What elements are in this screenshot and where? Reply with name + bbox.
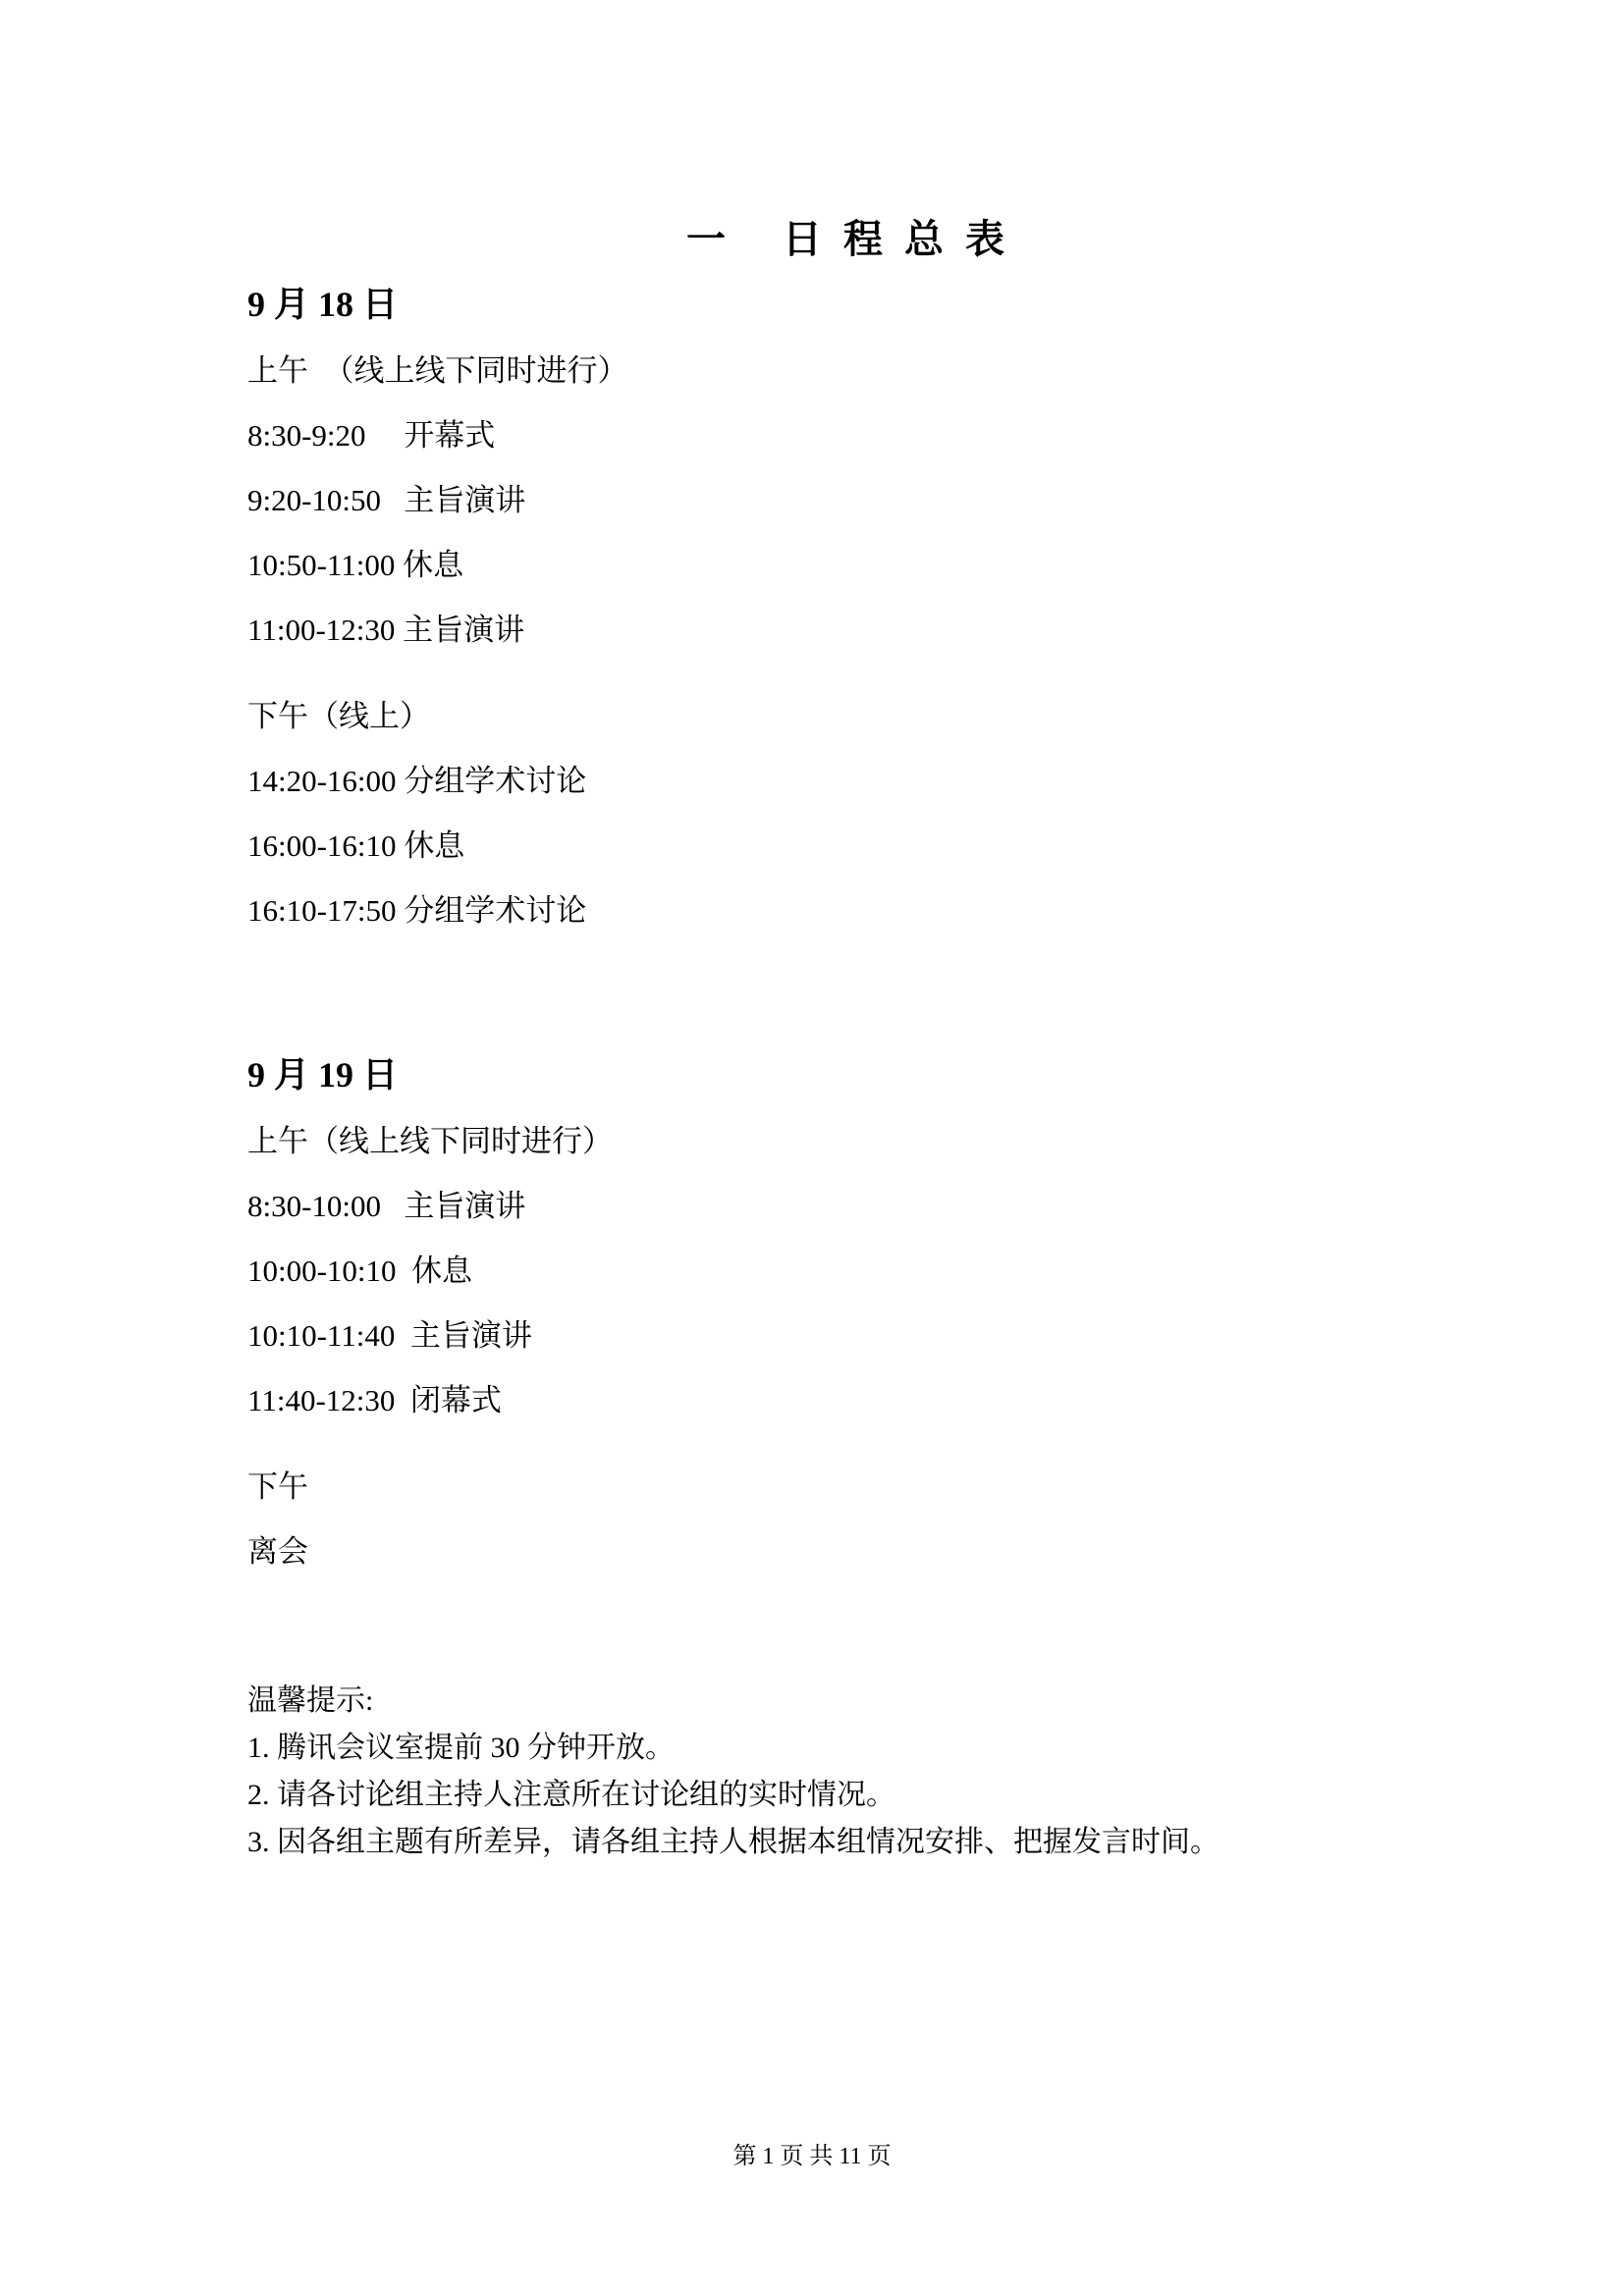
schedule-item: 11:40-12:30 闭幕式 <box>247 1381 502 1420</box>
schedule-event: 闭幕式 <box>410 1383 502 1417</box>
page-title: 一 日程总表 <box>0 208 1624 271</box>
schedule-time: 8:30-9:20 <box>247 418 366 453</box>
schedule-item: 离会 <box>247 1532 308 1572</box>
schedule-time: 10:50-11:00 <box>247 548 395 582</box>
schedule-time: 10:10-11:40 <box>247 1318 395 1353</box>
schedule-item: 11:00-12:30 主旨演讲 <box>247 611 524 650</box>
schedule-item: 8:30-10:00 主旨演讲 <box>247 1187 525 1226</box>
session-label-day2-afternoon: 下午 <box>247 1468 308 1507</box>
schedule-event: 休息 <box>411 1254 472 1288</box>
date-heading-day1: 9 月 18 日 <box>247 285 398 324</box>
schedule-item: 9:20-10:50 主旨演讲 <box>247 481 525 520</box>
schedule-item: 8:30-9:20 开幕式 <box>247 416 495 455</box>
note-item: 1. 腾讯会议室提前 30 分钟开放。 <box>247 1729 675 1768</box>
schedule-time: 16:10-17:50 <box>247 893 397 928</box>
schedule-item: 10:50-11:00 休息 <box>247 546 463 585</box>
schedule-item: 14:20-16:00 分组学术讨论 <box>247 762 586 801</box>
schedule-time: 8:30-10:00 <box>247 1189 381 1223</box>
schedule-time: 10:00-10:10 <box>247 1254 397 1288</box>
schedule-event: 休息 <box>403 548 463 582</box>
schedule-item: 16:00-16:10 休息 <box>247 827 464 866</box>
schedule-event: 主旨演讲 <box>410 1318 532 1353</box>
session-label-day2-morning: 上午（线上线下同时进行） <box>247 1122 613 1161</box>
schedule-event: 离会 <box>247 1534 308 1569</box>
schedule-time: 11:00-12:30 <box>247 613 395 647</box>
session-label-day1-morning: 上午 （线上线下同时进行） <box>247 351 628 391</box>
schedule-time: 16:00-16:10 <box>247 828 397 863</box>
schedule-event: 主旨演讲 <box>404 1189 525 1223</box>
schedule-event: 分组学术讨论 <box>404 893 586 928</box>
schedule-item: 10:10-11:40 主旨演讲 <box>247 1316 532 1356</box>
schedule-time: 11:40-12:30 <box>247 1383 395 1417</box>
schedule-event: 分组学术讨论 <box>404 764 586 798</box>
date-heading-day2: 9 月 19 日 <box>247 1055 398 1095</box>
note-item: 2. 请各讨论组主持人注意所在讨论组的实时情况。 <box>247 1776 895 1815</box>
schedule-event: 开幕式 <box>404 418 495 453</box>
schedule-time: 14:20-16:00 <box>247 764 397 798</box>
page-footer: 第 1 页 共 11 页 <box>0 2140 1624 2173</box>
schedule-event: 主旨演讲 <box>403 613 524 647</box>
schedule-event: 主旨演讲 <box>404 483 525 517</box>
session-label-day1-afternoon: 下午（线上） <box>247 697 430 736</box>
schedule-event: 休息 <box>404 828 464 863</box>
schedule-item: 10:00-10:10 休息 <box>247 1252 472 1291</box>
schedule-item: 16:10-17:50 分组学术讨论 <box>247 891 586 931</box>
note-item: 3. 因各组主题有所差异，请各组主持人根据本组情况安排、把握发言时间。 <box>247 1823 1219 1862</box>
notes-heading: 温馨提示: <box>247 1682 373 1721</box>
schedule-time: 9:20-10:50 <box>247 483 381 517</box>
